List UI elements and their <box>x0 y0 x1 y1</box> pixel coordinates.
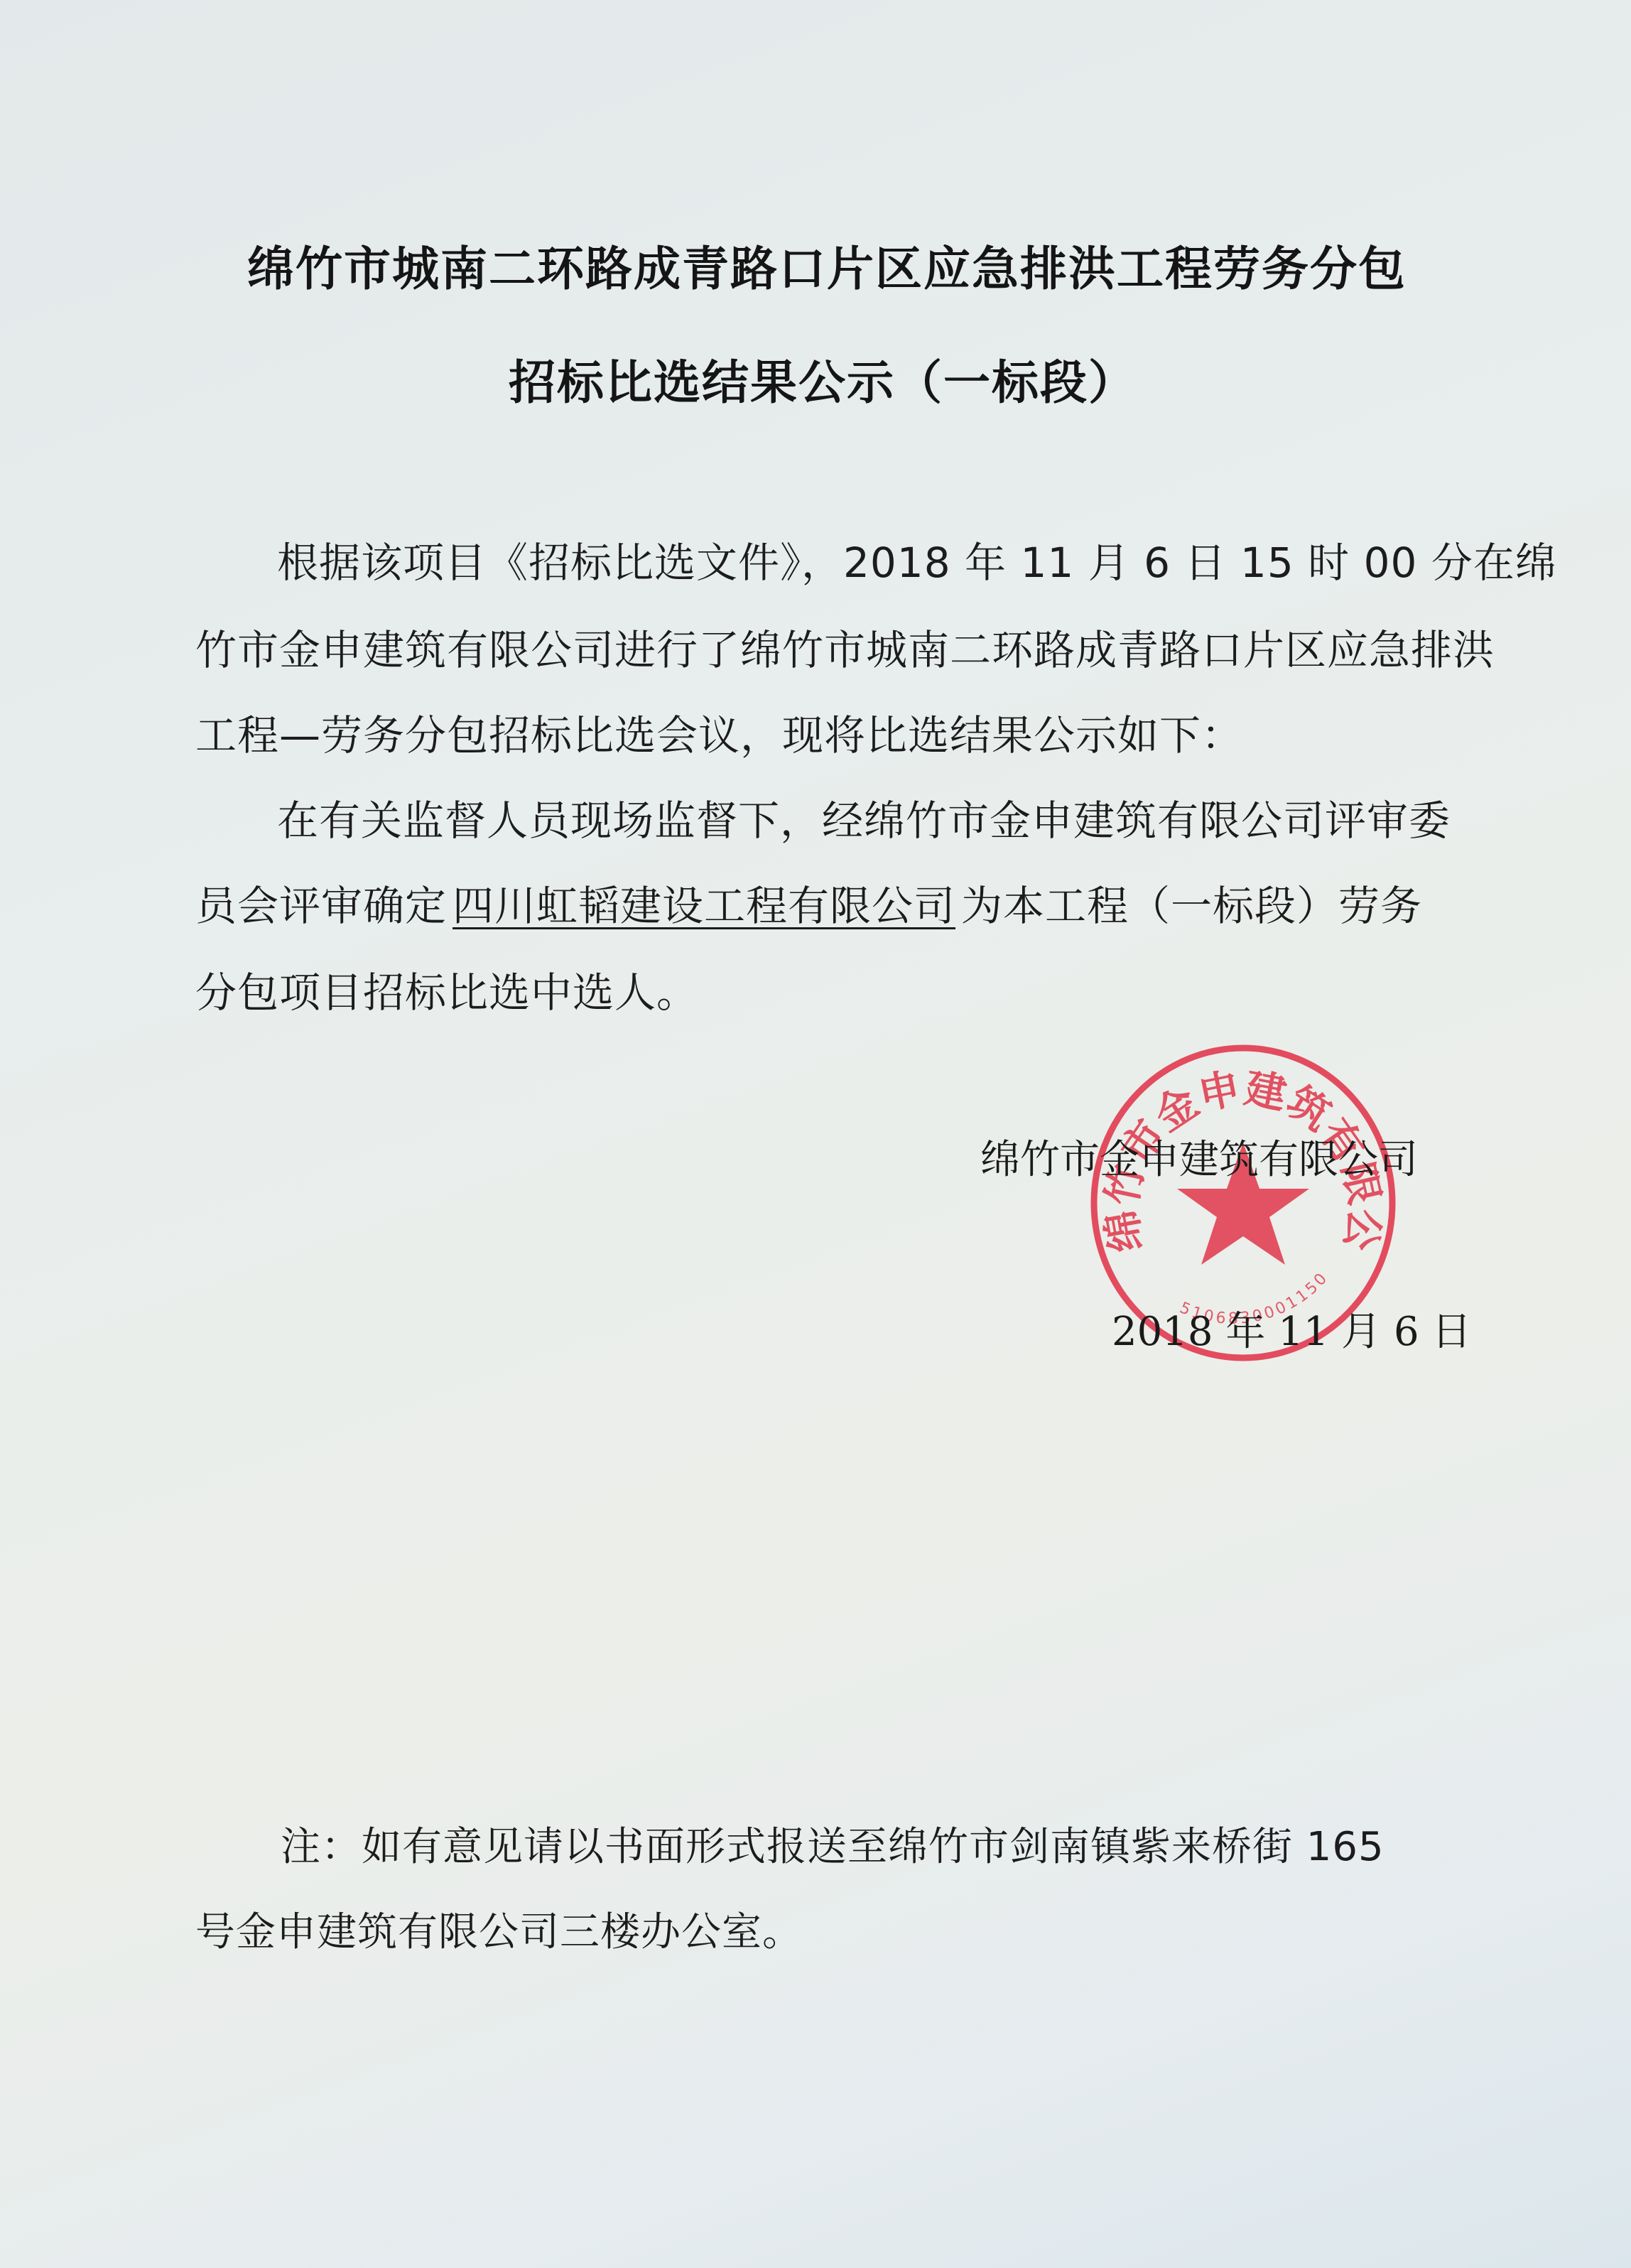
paragraph2-line3: 分包项目招标比选中选人。 <box>195 959 698 1019</box>
notice-document: 绵竹市城南二环路成青路口片区应急排洪工程劳务分包 招标比选结果公示（一标段） 根… <box>0 0 1631 2268</box>
paragraph1-line3: 工程—劳务分包招标比选会议，现将比选结果公示如下： <box>195 702 1243 762</box>
paragraph2-line2: 员会评审确定四川虹韬建设工程有限公司为本工程（一标段）劳务 <box>195 873 1422 932</box>
signature-company: 绵竹市金申建筑有限公司 <box>980 1128 1418 1185</box>
document-title-line1: 绵竹市城南二环路成青路口片区应急排洪工程劳务分包 <box>11 231 1631 298</box>
document-title-line2: 招标比选结果公示（一标段） <box>7 345 1631 412</box>
winning-bidder: 四川虹韬建设工程有限公司 <box>447 882 961 930</box>
paragraph2-suffix: 为本工程（一标段）劳务 <box>961 882 1422 930</box>
signature-date: 2018 年 11 月 6 日 <box>1112 1300 1471 1357</box>
paragraph2-prefix: 员会评审确定 <box>195 882 447 930</box>
paragraph2-line1: 在有关监督人员现场监督下，经绵竹市金申建筑有限公司评审委 <box>277 787 1451 847</box>
note-line2: 号金申建筑有限公司三楼办公室。 <box>195 1901 803 1957</box>
paragraph1-line2: 竹市金申建筑有限公司进行了绵竹市城南二环路成青路口片区应急排洪 <box>195 617 1495 676</box>
paragraph1-line1: 根据该项目《招标比选文件》，2018 年 11 月 6 日 15 时 00 分在… <box>277 529 1557 589</box>
note-line1: 注：如有意见请以书面形式报送至绵竹市剑南镇紫来桥街 165 <box>281 1815 1385 1872</box>
